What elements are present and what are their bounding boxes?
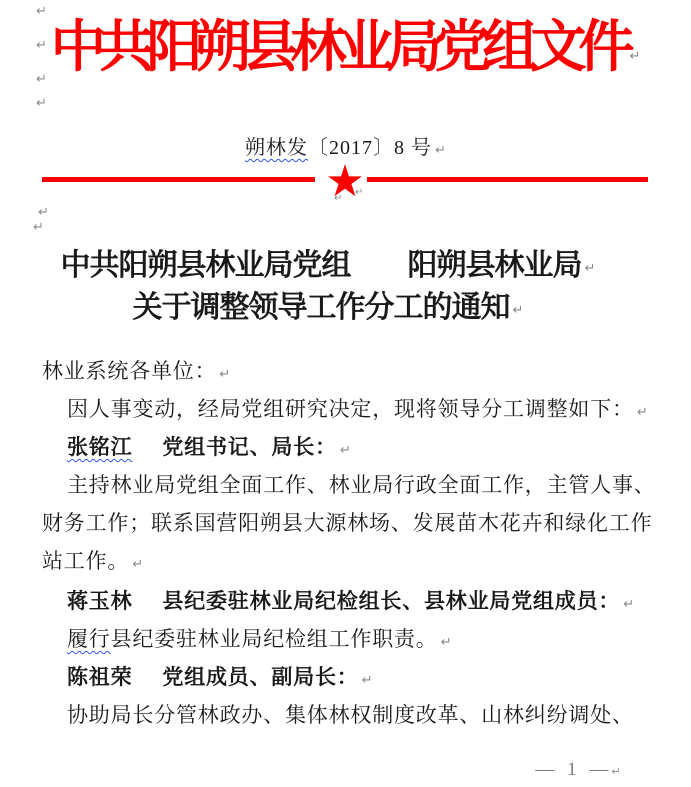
leader-zhang-duty-text: 主持林业局党组全面工作、林业局行政全面工作，主管人事、 [67, 473, 656, 497]
leader-jiang-role: 县纪委驻林业局纪检组长、县林业局党组成员： [162, 589, 620, 613]
leader-chen-duty-line: 协助局长分管林政办、集体林权制度改革、山林纠纷调处、 [42, 696, 672, 734]
red-rule-right [367, 177, 648, 182]
red-rule-left [42, 177, 315, 182]
paragraph-mark: ↵ [630, 49, 641, 64]
document-page: ↵ ↵ ↵ ↵ ↵ ↵ 中共阳朔县林业局党组文件↵ 朔林发〔2017〕8 号↵ … [0, 0, 691, 787]
paragraph-mark: ↵ [33, 221, 44, 234]
document-title-line2: 关于调整领导工作分工的通知↵ [0, 288, 656, 330]
letterhead-title: 中共阳朔县林业局党组文件↵ [0, 12, 691, 84]
paragraph-mark: ↵ [38, 206, 49, 219]
document-title: 中共阳朔县林业局党组阳朔县林业局↵ 关于调整领导工作分工的通知↵ [0, 246, 656, 330]
leader-jiang-duty-underlined: 履行 [67, 627, 111, 651]
leader-zhang-duty-text: 站工作。 [42, 549, 129, 573]
salutation-line: 林业系统各单位：↵ [42, 352, 672, 390]
intro-line: 因人事变动，经局党组研究决定，现将领导分工调整如下：↵ [42, 390, 672, 428]
document-body: 林业系统各单位：↵ 因人事变动，经局党组研究决定，现将领导分工调整如下：↵ 张铭… [42, 352, 672, 734]
paragraph-mark: ↵ [637, 405, 648, 420]
page-number: — 1 —↵ [528, 758, 628, 782]
leader-zhang-heading: 张铭江党组书记、局长：↵ [42, 428, 672, 466]
intro-text: 因人事变动，经局党组研究决定，现将领导分工调整如下： [67, 397, 634, 421]
leader-chen-role: 党组成员、副局长： [162, 665, 358, 689]
letterhead-text: 中共阳朔县林业局党组文件 [51, 17, 627, 79]
leader-zhang-role: 党组书记、局长： [162, 435, 336, 459]
leader-chen-duty-text: 协助局长分管林政办、集体林权制度改革、山林纠纷调处、 [67, 703, 634, 727]
star-icon: ★ [321, 158, 369, 206]
paragraph-mark: ↵ [219, 367, 230, 382]
leader-chen-heading: 陈祖荣党组成员、副局长：↵ [42, 658, 672, 696]
paragraph-mark: ↵ [623, 597, 634, 612]
leader-jiang-duty-line: 履行县纪委驻林业局纪检组工作职责。↵ [42, 620, 672, 658]
paragraph-mark: ↵ [435, 143, 446, 158]
leader-zhang-duty-line: 财务工作；联系国营阳朔县大源林场、发展苗木花卉和绿化工作 [42, 504, 672, 542]
paragraph-mark: ↵ [334, 194, 342, 204]
leader-zhang-name: 张铭江 [67, 435, 132, 459]
salutation-text: 林业系统各单位： [42, 359, 216, 383]
leader-jiang-duty-text: 县纪委驻林业局纪检组工作职责。 [111, 627, 438, 651]
paragraph-mark: ↵ [585, 261, 596, 276]
document-title-line1: 中共阳朔县林业局党组阳朔县林业局↵ [0, 246, 656, 288]
document-number-prefix: 朔林发 [245, 137, 308, 159]
paragraph-mark: ↵ [340, 443, 351, 458]
leader-jiang-name: 蒋玉林 [67, 589, 132, 613]
title-org-party-group: 中共阳朔县林业局党组 [61, 249, 351, 282]
paragraph-mark: ↵ [362, 673, 373, 688]
leader-jiang-heading: 蒋玉林县纪委驻林业局纪检组长、县林业局党组成员：↵ [42, 582, 672, 620]
title-org-bureau: 阳朔县林业局 [408, 249, 582, 282]
leader-zhang-duty-line: 站工作。↵ [42, 542, 672, 580]
paragraph-mark: ↵ [36, 97, 47, 110]
paragraph-mark: ↵ [513, 303, 524, 318]
paragraph-mark: ↵ [132, 557, 143, 572]
paragraph-mark: ↵ [611, 765, 620, 778]
page-number-text: — 1 — [535, 759, 608, 780]
leader-chen-name: 陈祖荣 [67, 665, 132, 689]
paragraph-mark: ↵ [355, 188, 363, 198]
title-subject: 关于调整领导工作分工的通知 [133, 291, 510, 324]
paragraph-mark: ↵ [441, 635, 452, 650]
leader-zhang-duty-text: 财务工作；联系国营阳朔县大源林场、发展苗木花卉和绿化工作 [42, 511, 652, 535]
leader-zhang-duty-line: 主持林业局党组全面工作、林业局行政全面工作，主管人事、 [42, 466, 672, 504]
